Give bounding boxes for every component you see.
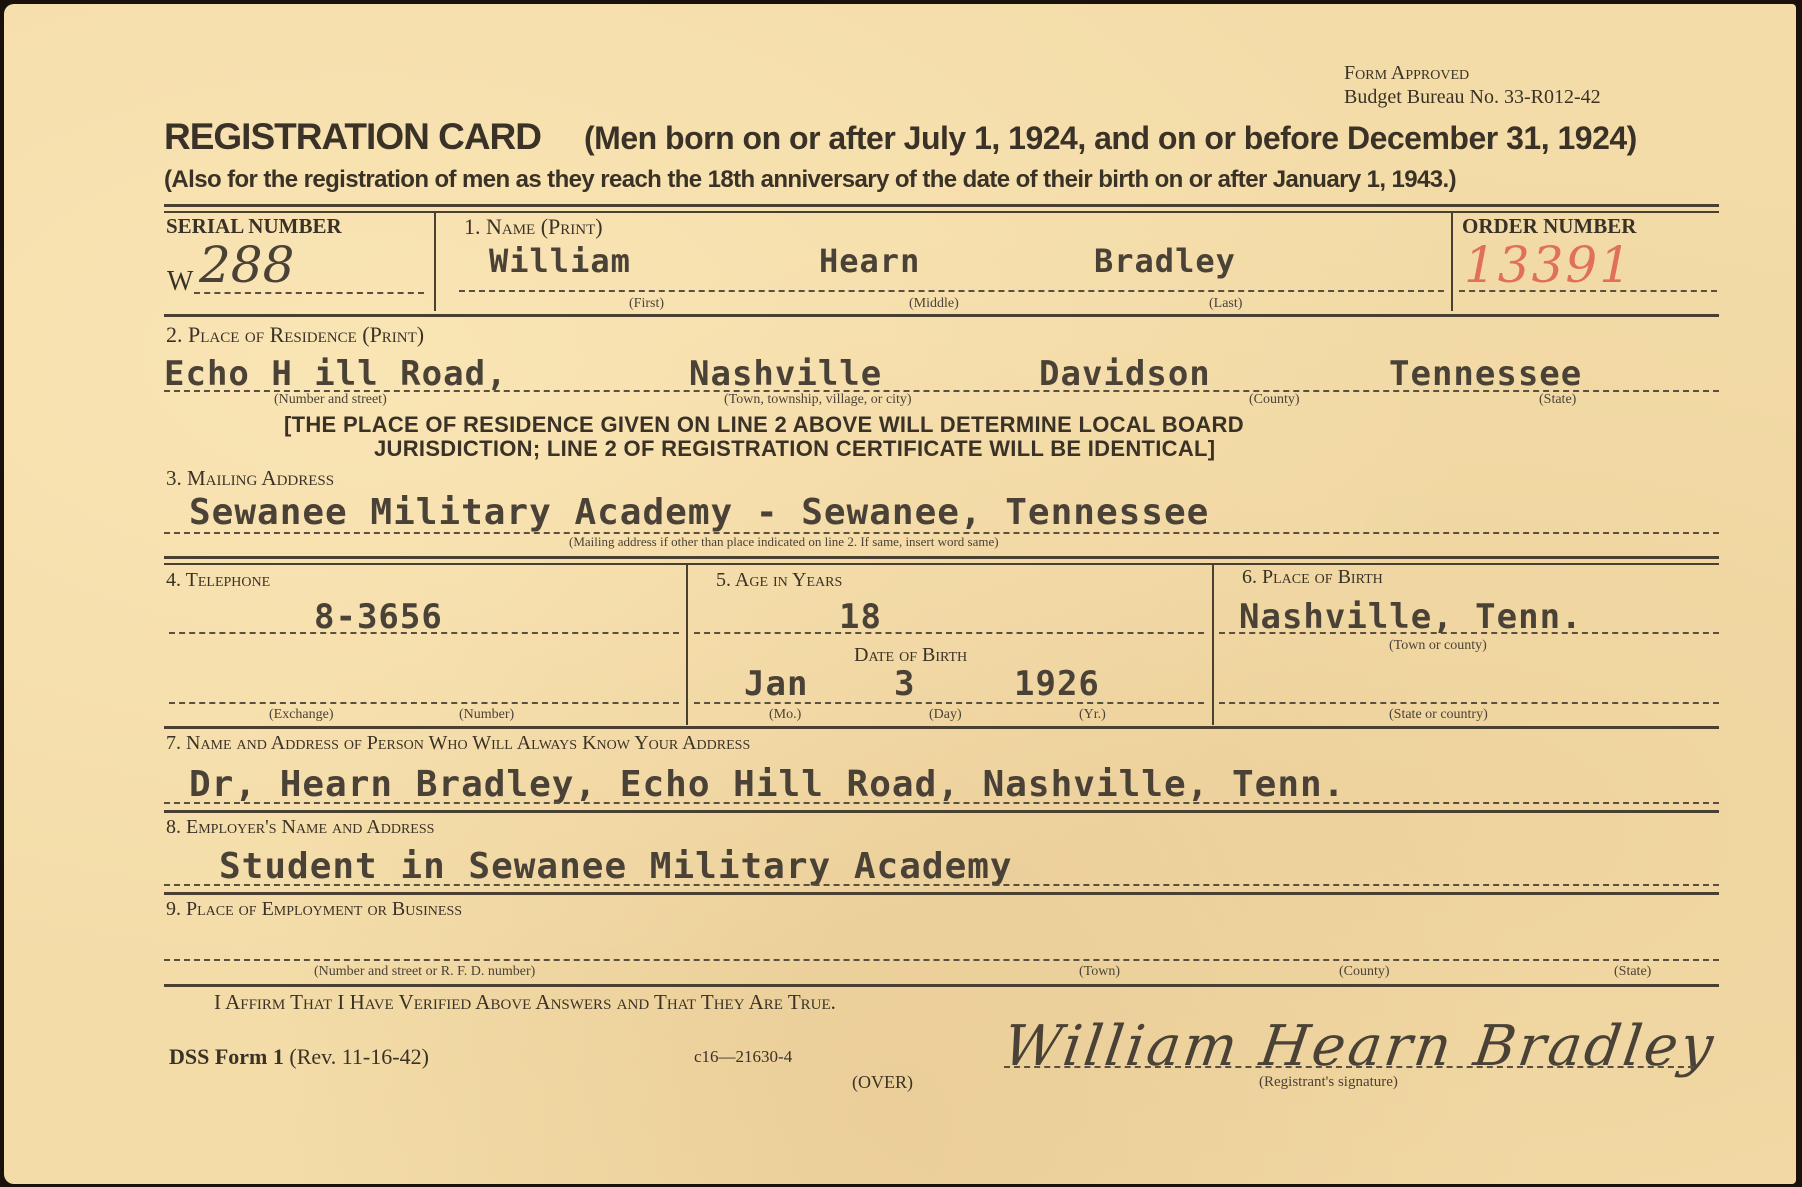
form-id-text: DSS Form 1 <box>169 1044 284 1069</box>
telephone-line-2 <box>169 702 679 704</box>
birth-year-value: 1926 <box>1014 664 1100 704</box>
birthplace-value: Nashville, Tenn. <box>1239 597 1583 637</box>
birthplace-label-text: 6. Place of Birth <box>1242 566 1383 588</box>
employer-value: Student in Sewanee Military Academy <box>219 846 1013 887</box>
jurisdiction-notice-line2: JURISDICTION; LINE 2 OF REGISTRATION CER… <box>374 436 1215 462</box>
age-label-text: 5. Age in Years <box>716 569 842 591</box>
last-caption: (Last) <box>1209 296 1242 312</box>
card-title: REGISTRATION CARD <box>164 116 541 158</box>
state-or-country-caption: (State or country) <box>1389 707 1488 723</box>
mailing-label: 3. Mailing Address <box>166 466 334 491</box>
middle-name-value: Hearn <box>819 242 920 280</box>
residence-county-value: Davidson <box>1039 354 1211 394</box>
birthplace-line <box>1219 632 1719 634</box>
telephone-line <box>169 632 679 634</box>
age-value: 18 <box>839 597 882 637</box>
card-title-note: (Men born on or after July 1, 1924, and … <box>584 120 1637 157</box>
employer-label: 8. Employer's Name and Address <box>166 816 434 839</box>
year-caption: (Yr.) <box>1079 707 1106 723</box>
divider <box>164 726 1719 729</box>
town-caption: (Town, township, village, or city) <box>724 392 912 408</box>
employment-place-label-text: 9. Place of Employment or Business <box>166 898 462 920</box>
day-caption: (Day) <box>929 707 962 723</box>
form-approved: Form Approved <box>1344 62 1469 85</box>
print-code: c16—21630-4 <box>694 1047 792 1067</box>
mailing-address-value: Sewanee Military Academy - Sewanee, Tenn… <box>189 492 1209 533</box>
exchange-caption: (Exchange) <box>269 707 334 723</box>
jurisdiction-notice-line1: [THE PLACE OF RESIDENCE GIVEN ON LINE 2 … <box>284 412 1244 438</box>
age-line <box>694 632 1204 634</box>
birthplace-label: 6. Place of Birth <box>1242 566 1383 589</box>
mailing-caption: (Mailing address if other than place ind… <box>569 534 999 550</box>
employment-county-caption: (County) <box>1339 964 1390 980</box>
divider <box>434 211 436 311</box>
employment-town-caption: (Town) <box>1079 964 1120 980</box>
birthplace-line-2 <box>1219 702 1719 704</box>
middle-caption: (Middle) <box>909 296 959 312</box>
divider <box>1212 563 1214 725</box>
employment-state-caption: (State) <box>1614 964 1651 980</box>
residence-state-value: Tennessee <box>1389 354 1582 394</box>
residence-town-value: Nashville <box>689 354 882 394</box>
serial-prefix: W <box>167 266 193 298</box>
dob-line <box>694 702 1204 704</box>
name-line <box>459 290 1444 292</box>
signature-line <box>1004 1066 1694 1068</box>
contact-value: Dr, Hearn Bradley, Echo Hill Road, Nashv… <box>189 764 1345 805</box>
form-id: DSS Form 1 (Rev. 11-16-42) <box>169 1044 429 1070</box>
registration-card: Form Approved Budget Bureau No. 33-R012-… <box>4 4 1796 1184</box>
divider <box>164 314 1719 317</box>
over-note: (OVER) <box>852 1072 913 1093</box>
order-line <box>1459 290 1717 292</box>
divider <box>164 563 1719 565</box>
divider <box>164 984 1719 987</box>
town-or-county-caption: (Town or county) <box>1389 638 1487 654</box>
divider <box>164 810 1719 813</box>
residence-street-value: Echo H ill Road, <box>164 354 508 394</box>
age-label: 5. Age in Years <box>716 569 842 592</box>
affirmation-text: I Affirm That I Have Verified Above Answ… <box>214 990 836 1015</box>
divider <box>164 556 1719 559</box>
telephone-value: 8-3656 <box>314 597 443 637</box>
birth-day-value: 3 <box>894 664 915 704</box>
employer-line <box>164 884 1719 886</box>
residence-label: 2. Place of Residence (Print) <box>166 322 424 348</box>
serial-line <box>194 292 424 294</box>
serial-number-value: 288 <box>199 236 294 294</box>
divider <box>164 204 1719 207</box>
employment-place-line <box>164 959 1719 961</box>
name-label: 1. Name (Print) <box>464 214 603 240</box>
order-number-value: 13391 <box>1464 236 1633 294</box>
mailing-label-text: 3. Mailing Address <box>166 466 334 490</box>
contact-label-text: 7. Name and Address of Person Who Will A… <box>166 732 750 754</box>
birth-month-value: Jan <box>744 664 808 704</box>
employer-label-text: 8. Employer's Name and Address <box>166 816 434 838</box>
telephone-label-text: 4. Telephone <box>166 569 270 591</box>
signature-caption: (Registrant's signature) <box>1259 1074 1398 1091</box>
name-label-text: 1. Name (Print) <box>464 214 603 239</box>
contact-line <box>164 802 1719 804</box>
form-revision: (Rev. 11-16-42) <box>289 1044 429 1069</box>
state-caption: (State) <box>1539 392 1576 408</box>
divider <box>164 892 1719 895</box>
divider <box>686 563 688 725</box>
budget-bureau-number: Budget Bureau No. 33-R012-42 <box>1344 86 1601 109</box>
employment-street-caption: (Number and street or R. F. D. number) <box>314 964 535 980</box>
registrant-signature: William Hearn Bradley <box>999 1014 1719 1079</box>
telephone-label: 4. Telephone <box>166 569 270 592</box>
employment-place-label: 9. Place of Employment or Business <box>166 898 462 921</box>
residence-label-text: 2. Place of Residence (Print) <box>166 322 424 347</box>
divider <box>1451 211 1453 311</box>
divider <box>164 211 1719 213</box>
number-caption: (Number) <box>459 707 514 723</box>
first-caption: (First) <box>629 296 664 312</box>
month-caption: (Mo.) <box>769 707 801 723</box>
residence-line <box>164 390 1719 392</box>
last-name-value: Bradley <box>1094 242 1236 280</box>
county-caption: (County) <box>1249 392 1300 408</box>
first-name-value: William <box>489 242 631 280</box>
contact-label: 7. Name and Address of Person Who Will A… <box>166 732 750 755</box>
street-caption: (Number and street) <box>274 392 387 408</box>
card-subtitle: (Also for the registration of men as the… <box>164 166 1456 194</box>
